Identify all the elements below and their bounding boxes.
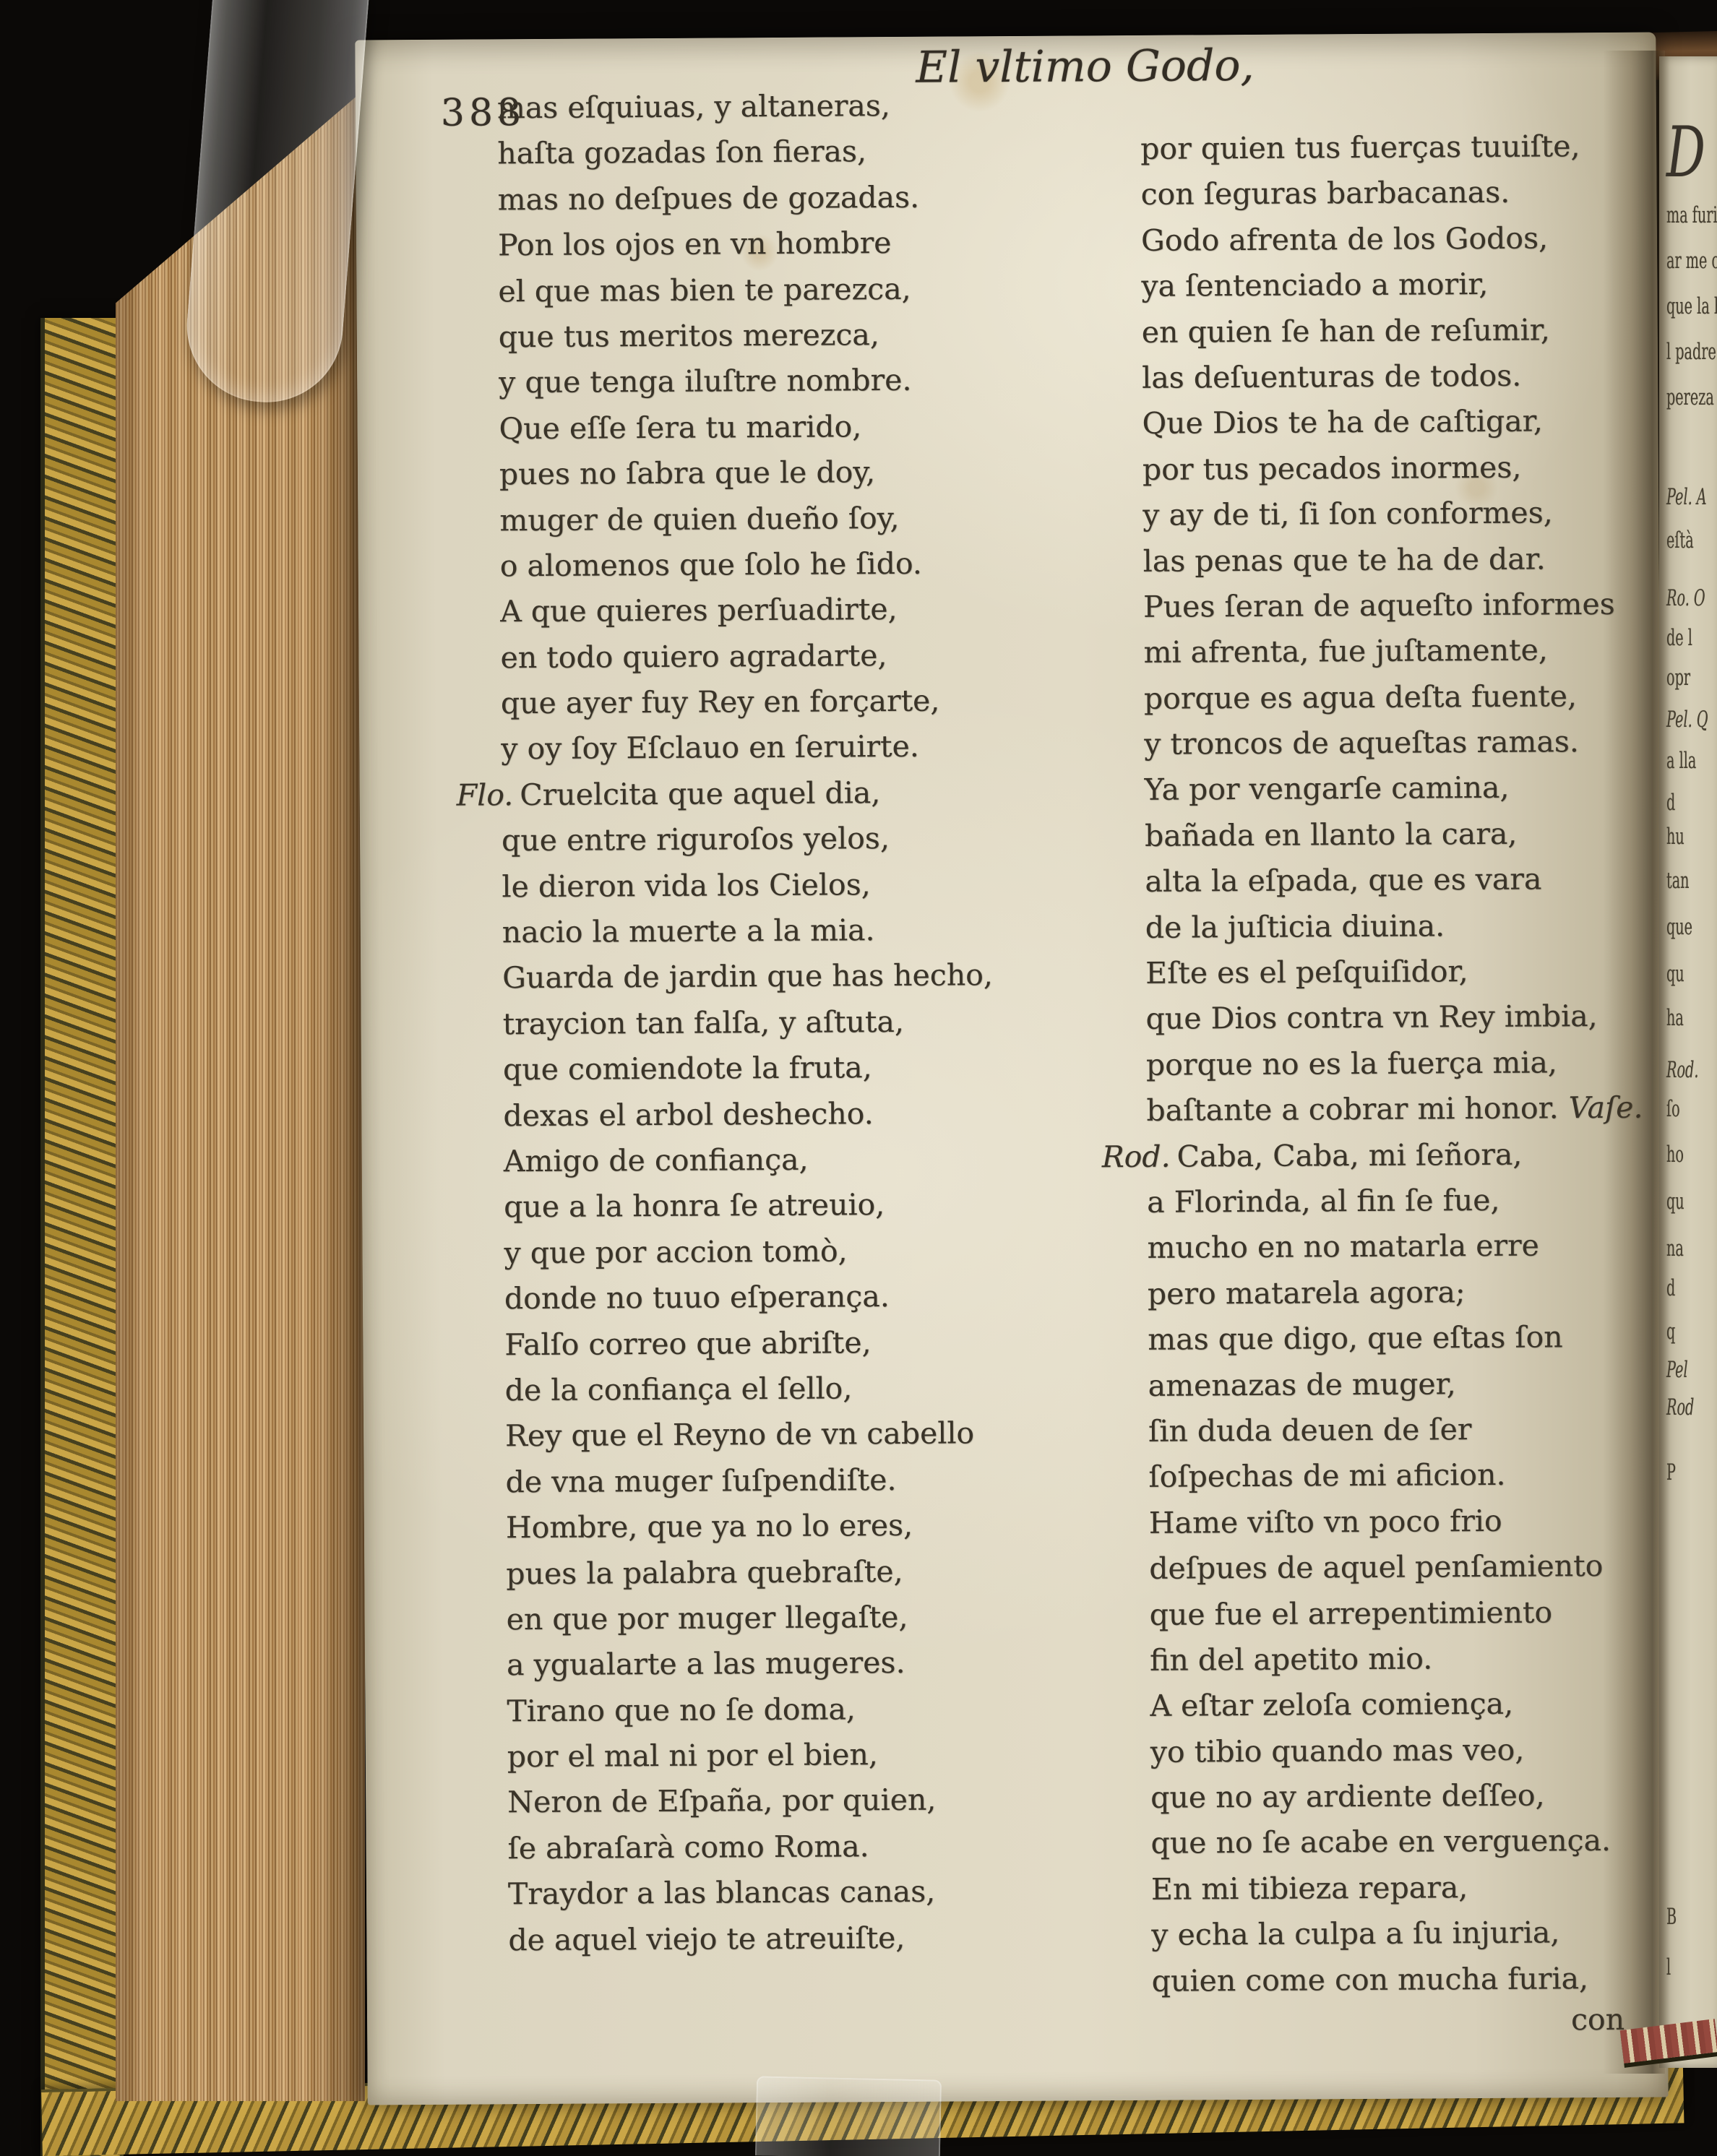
verse-line: Rod.Caba, Caba, mi ſeñora, bbox=[1102, 1131, 1680, 1180]
verse-line: en todo quiero agradarte, bbox=[455, 632, 1026, 681]
verse-line: y ay de ti, ſi ſon conformes, bbox=[1098, 489, 1676, 538]
verse-line: y que tenga iluſtre nombre. bbox=[454, 357, 1025, 406]
verse-line: alta la eſpada, que es vara bbox=[1100, 856, 1678, 905]
plastic-strap-bottom bbox=[755, 2076, 942, 2156]
verse-line: Hombre, que ya no lo eres, bbox=[461, 1502, 1032, 1551]
next-page-text-fragment: Pel bbox=[1666, 1359, 1688, 1381]
verse-line: de aquel viejo te atreuiſte, bbox=[463, 1914, 1034, 1963]
verse-line: traycion tan falſa, y aſtuta, bbox=[457, 999, 1028, 1048]
verse-line: que fue el arrepentimiento bbox=[1104, 1589, 1682, 1638]
verse-line: que a la honra ſe atreuio, bbox=[459, 1181, 1030, 1230]
verse-line: pero matarela agora; bbox=[1103, 1268, 1681, 1317]
catchword: con bbox=[1107, 2002, 1625, 2040]
next-page-text-fragment: qu bbox=[1666, 963, 1684, 986]
next-page-text-fragment: ha bbox=[1666, 1007, 1684, 1030]
verse-line: de la confiança el ſello, bbox=[460, 1365, 1031, 1414]
verse-line: que comiendote la fruta, bbox=[458, 1044, 1029, 1093]
verse-line: que entre riguroſos yelos, bbox=[457, 815, 1028, 864]
verse-line: mas que digo, que eſtas ſon bbox=[1103, 1314, 1681, 1363]
verse-line: Tirano que no ſe doma, bbox=[462, 1686, 1033, 1735]
verse-line: por quien tus fuerças tuuiſte, bbox=[1096, 123, 1674, 172]
next-page-text-fragment: pereza v bbox=[1666, 387, 1717, 409]
verse-line: mas eſquiuas, y altaneras, bbox=[452, 82, 1023, 131]
verse-line: Guarda de jardin que has hecho, bbox=[457, 952, 1028, 1001]
book-photograph: 388 El vltimo Godo, mas eſquiuas, y alta… bbox=[0, 0, 1717, 2156]
next-page-text-fragment: tan bbox=[1666, 870, 1690, 892]
verse-line: Pon los ojos en vn hombre bbox=[453, 220, 1024, 269]
next-page-text-fragment: opr bbox=[1666, 667, 1690, 689]
verse-line: el que mas bien te parezca, bbox=[453, 265, 1024, 314]
verse-line: y echa la culpa a ſu injuria, bbox=[1106, 1910, 1684, 1959]
verse-line: Ya por vengarſe camina, bbox=[1099, 764, 1677, 814]
verse-line: nacio la muerte a la mia. bbox=[457, 907, 1028, 956]
verse-line: pues la palabra quebraſte, bbox=[461, 1548, 1032, 1597]
verse-line: Flo.Cruelcita que aquel dia, bbox=[456, 769, 1027, 819]
verse-line: que ayer fuy Rey en forçarte, bbox=[456, 678, 1027, 727]
verse-line: a ygualarte a las mugeres. bbox=[462, 1639, 1033, 1689]
verse-line: Pues ſeran de aqueſto informes bbox=[1098, 581, 1677, 630]
next-page-text-fragment: d bbox=[1666, 1277, 1675, 1300]
next-page-text-fragment: q bbox=[1666, 1321, 1675, 1343]
verse-line: donde no tuuo eſperança. bbox=[460, 1273, 1030, 1322]
speaker-label: Rod. bbox=[1102, 1139, 1177, 1174]
verse-line: o alomenos que ſolo he ſido. bbox=[455, 540, 1026, 590]
next-page-text-fragment: a lla bbox=[1666, 750, 1696, 772]
verse-line: por el mal ni por el bien, bbox=[462, 1731, 1033, 1780]
next-page-text-fragment: ar me co bbox=[1666, 250, 1717, 272]
verse-line: y troncos de aqueſtas ramas. bbox=[1099, 718, 1677, 767]
verse-line: que tus meritos merezca, bbox=[454, 311, 1025, 361]
verse-line: en quien ſe han de reſumir, bbox=[1097, 306, 1675, 355]
next-page-text-fragment: ſo bbox=[1666, 1098, 1680, 1121]
verse-line: Godo afrenta de los Godos, bbox=[1096, 215, 1674, 264]
speaker-label: Flo. bbox=[457, 777, 520, 813]
verse-line: Traydor a las blancas canas, bbox=[463, 1868, 1034, 1918]
verse-line: y que por accion tomò, bbox=[459, 1228, 1030, 1277]
verse-line: Eſte es el peſquiſidor, bbox=[1101, 947, 1679, 996]
verse-line: pues no ſabra que le doy, bbox=[455, 449, 1025, 498]
verse-line: Falſo correo que abriſte, bbox=[460, 1319, 1030, 1368]
verse-line: porque no es la fuerça mia, bbox=[1101, 1039, 1679, 1088]
next-page-sliver: Dma furiaar me coque la hel padre eſtper… bbox=[1659, 56, 1717, 2068]
verse-line: mucho en no matarla erre bbox=[1102, 1223, 1680, 1272]
verse-line: las deſuenturas de todos. bbox=[1097, 352, 1675, 401]
next-page-text-fragment: l bbox=[1666, 1957, 1671, 1979]
verse-line: amenazas de muger, bbox=[1103, 1360, 1681, 1409]
next-page-text-fragment: B bbox=[1666, 1906, 1677, 1928]
next-page-text-fragment: na bbox=[1666, 1238, 1684, 1260]
verse-line: en que por muger llegaſte, bbox=[461, 1594, 1032, 1643]
next-page-text-fragment: que la he bbox=[1666, 296, 1717, 318]
next-page-text-fragment: d bbox=[1666, 792, 1675, 814]
left-text-column: mas eſquiuas, y altaneras,haſta gozadas … bbox=[452, 82, 1035, 1964]
next-page-text-fragment: que bbox=[1666, 916, 1692, 939]
verse-line: Amigo de confiança, bbox=[459, 1136, 1030, 1185]
next-page-text-fragment: Pel. Q bbox=[1666, 709, 1708, 731]
next-page-text-fragment: hu bbox=[1666, 826, 1684, 848]
next-page-text-fragment: Ro. O bbox=[1666, 587, 1705, 610]
verse-line: haſta gozadas ſon fieras, bbox=[452, 128, 1023, 177]
next-page-text-fragment: Rod bbox=[1666, 1397, 1694, 1419]
next-page-text-fragment: eſtà bbox=[1666, 530, 1694, 552]
verse-line: bañada en llanto la cara, bbox=[1100, 810, 1678, 859]
right-text-column: por quien tus fuerças tuuiſte,con ſegura… bbox=[1096, 123, 1685, 2004]
verse-line: fin del apetito mio. bbox=[1105, 1634, 1683, 1683]
verse-line: que no ay ardiente deſſeo, bbox=[1106, 1772, 1684, 1821]
verse-line: ſin duda deuen de ſer bbox=[1103, 1405, 1682, 1454]
verse-line: yo tibio quando mas veo, bbox=[1106, 1726, 1684, 1775]
next-page-text-fragment: ma furia bbox=[1666, 204, 1717, 227]
next-page-text-fragment: ho bbox=[1666, 1144, 1684, 1166]
verse-line: Hame viſto vn poco frio bbox=[1104, 1497, 1682, 1546]
next-page-initial: D bbox=[1666, 118, 1705, 187]
verse-line: mi afrenta, fue juſtamente, bbox=[1098, 627, 1677, 676]
verse-line: a Florinda, al fin ſe fue, bbox=[1102, 1176, 1680, 1225]
verse-line: de la juſticia diuina. bbox=[1101, 902, 1679, 951]
verse-line: y oy ſoy Eſclauo en ſeruirte. bbox=[456, 723, 1027, 772]
verse-line: A eſtar zeloſa comiença, bbox=[1105, 1681, 1683, 1730]
verse-line: baſtante a cobrar mi honor.Vaſe. bbox=[1101, 1085, 1679, 1134]
verse-line: Neron de Eſpaña, por quien, bbox=[462, 1777, 1033, 1826]
verse-line: que Dios contra vn Rey imbia, bbox=[1101, 993, 1679, 1043]
verse-line: ſoſpechas de mi aficion. bbox=[1103, 1452, 1682, 1501]
next-page-text-fragment: l padre eſt bbox=[1666, 341, 1717, 363]
verse-line: le dieron vida los Cielos, bbox=[457, 861, 1028, 910]
verse-line: deſpues de aquel penſamiento bbox=[1104, 1543, 1682, 1592]
next-page-text-fragment: Rod. bbox=[1666, 1059, 1698, 1082]
next-page-text-fragment: Pel. A bbox=[1666, 486, 1707, 509]
verse-line: dexas el arbol deshecho. bbox=[458, 1090, 1029, 1139]
gutter-shadow bbox=[1603, 51, 1665, 2074]
verse-line: En mi tibieza repara, bbox=[1106, 1863, 1684, 1913]
next-page-text-fragment: de l bbox=[1666, 627, 1692, 650]
verse-line: quien come con mucha furia, bbox=[1107, 1955, 1685, 2004]
gilt-binding-edge-left bbox=[40, 318, 124, 2156]
verse-line: de vna muger ſuſpendiſte. bbox=[460, 1457, 1031, 1506]
verse-line: las penas que te ha de dar. bbox=[1098, 535, 1677, 585]
verse-line: que no ſe acabe en verguença. bbox=[1106, 1818, 1684, 1867]
next-page-text-fragment: qu bbox=[1666, 1191, 1684, 1213]
verse-line: A que quieres perſuadirte, bbox=[455, 586, 1026, 635]
next-page-text-fragment: P bbox=[1666, 1462, 1676, 1484]
verse-line: mas no deſpues de gozadas. bbox=[452, 174, 1023, 223]
book-page: 388 El vltimo Godo, mas eſquiuas, y alta… bbox=[355, 33, 1668, 2105]
verse-line: muger de quien dueño ſoy, bbox=[455, 494, 1025, 543]
verse-line: con ſeguras barbacanas. bbox=[1096, 169, 1674, 218]
verse-line: Que Dios te ha de caſtigar, bbox=[1097, 398, 1675, 447]
verse-line: Que eſſe ſera tu marido, bbox=[454, 403, 1025, 452]
verse-line: Rey que el Reyno de vn cabello bbox=[460, 1410, 1031, 1459]
verse-line: por tus pecados inormes, bbox=[1098, 444, 1676, 493]
verse-line: ſe abraſarà como Roma. bbox=[462, 1823, 1033, 1872]
verse-line: porque es agua deſta fuente, bbox=[1099, 673, 1677, 722]
verse-line: ya ſentenciado a morir, bbox=[1096, 261, 1674, 310]
